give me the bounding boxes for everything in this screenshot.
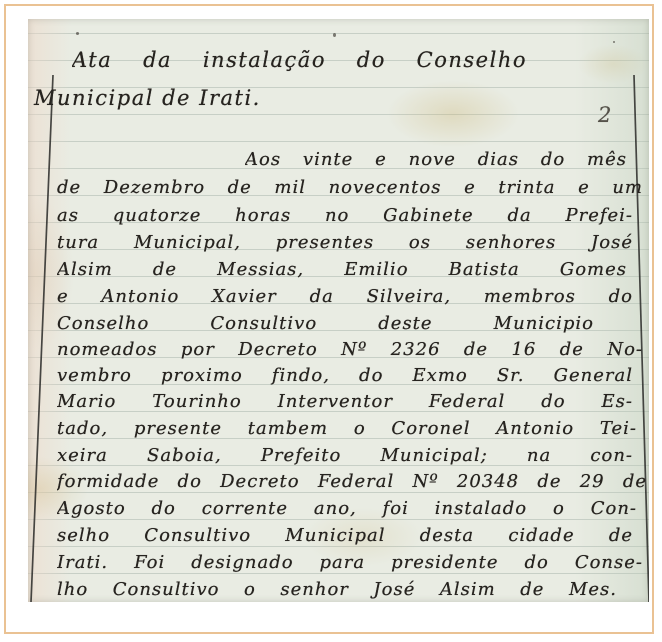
manuscript-line: Conselho Consultivo deste Municipio	[57, 312, 594, 338]
ink-speck	[76, 32, 79, 35]
page-number: 2	[598, 103, 611, 127]
manuscript-line: xeira Saboia, Prefeito Municipal; na con…	[57, 444, 633, 470]
manuscript-line: Aos vinte e nove dias do mês	[245, 148, 627, 174]
title-line: Ata da instalação do Conselho Consultivo	[72, 46, 527, 76]
manuscript-line: Agosto do corrente ano, foi instalado o …	[57, 497, 637, 523]
manuscript-line: tado, presente tambem o Coronel Antonio …	[57, 417, 637, 443]
ink-speck	[613, 41, 615, 43]
title-line: Municipal de Irati.	[34, 84, 261, 112]
manuscript-line: formidade do Decreto Federal Nº 20348 de…	[57, 470, 647, 496]
manuscript-line: tura Municipal, presentes os senhores Jo…	[57, 231, 633, 257]
manuscript-line: e Antonio Xavier da Silveira, membros do	[57, 285, 633, 311]
ink-speck	[333, 33, 336, 37]
manuscript-line: de Dezembro de mil novecentos e trinta e…	[57, 176, 643, 202]
manuscript-line: Irati. Foi designado para presidente do …	[57, 551, 643, 577]
manuscript-line: selho Consultivo Municipal desta cidade …	[57, 524, 633, 550]
manuscript-line: lho Consultivo o senhor José Alsim de Me…	[57, 578, 617, 602]
manuscript-line: Alsim de Messias, Emilio Batista Gomes	[57, 258, 627, 284]
left-margin-rule-line	[31, 75, 53, 602]
manuscript-line: Mario Tourinho Interventor Federal do Es…	[57, 390, 633, 416]
scanned-document-page: Ata da instalação do Conselho Consultivo…	[0, 0, 662, 642]
manuscript-line: nomeados por Decreto Nº 2326 de 16 de No…	[57, 338, 643, 364]
manuscript-line: vembro proximo findo, do Exmo Sr. Genera…	[57, 364, 633, 390]
manuscript-paper: Ata da instalação do Conselho Consultivo…	[28, 19, 649, 602]
manuscript-line: as quatorze horas no Gabinete da Prefei-	[57, 204, 633, 230]
